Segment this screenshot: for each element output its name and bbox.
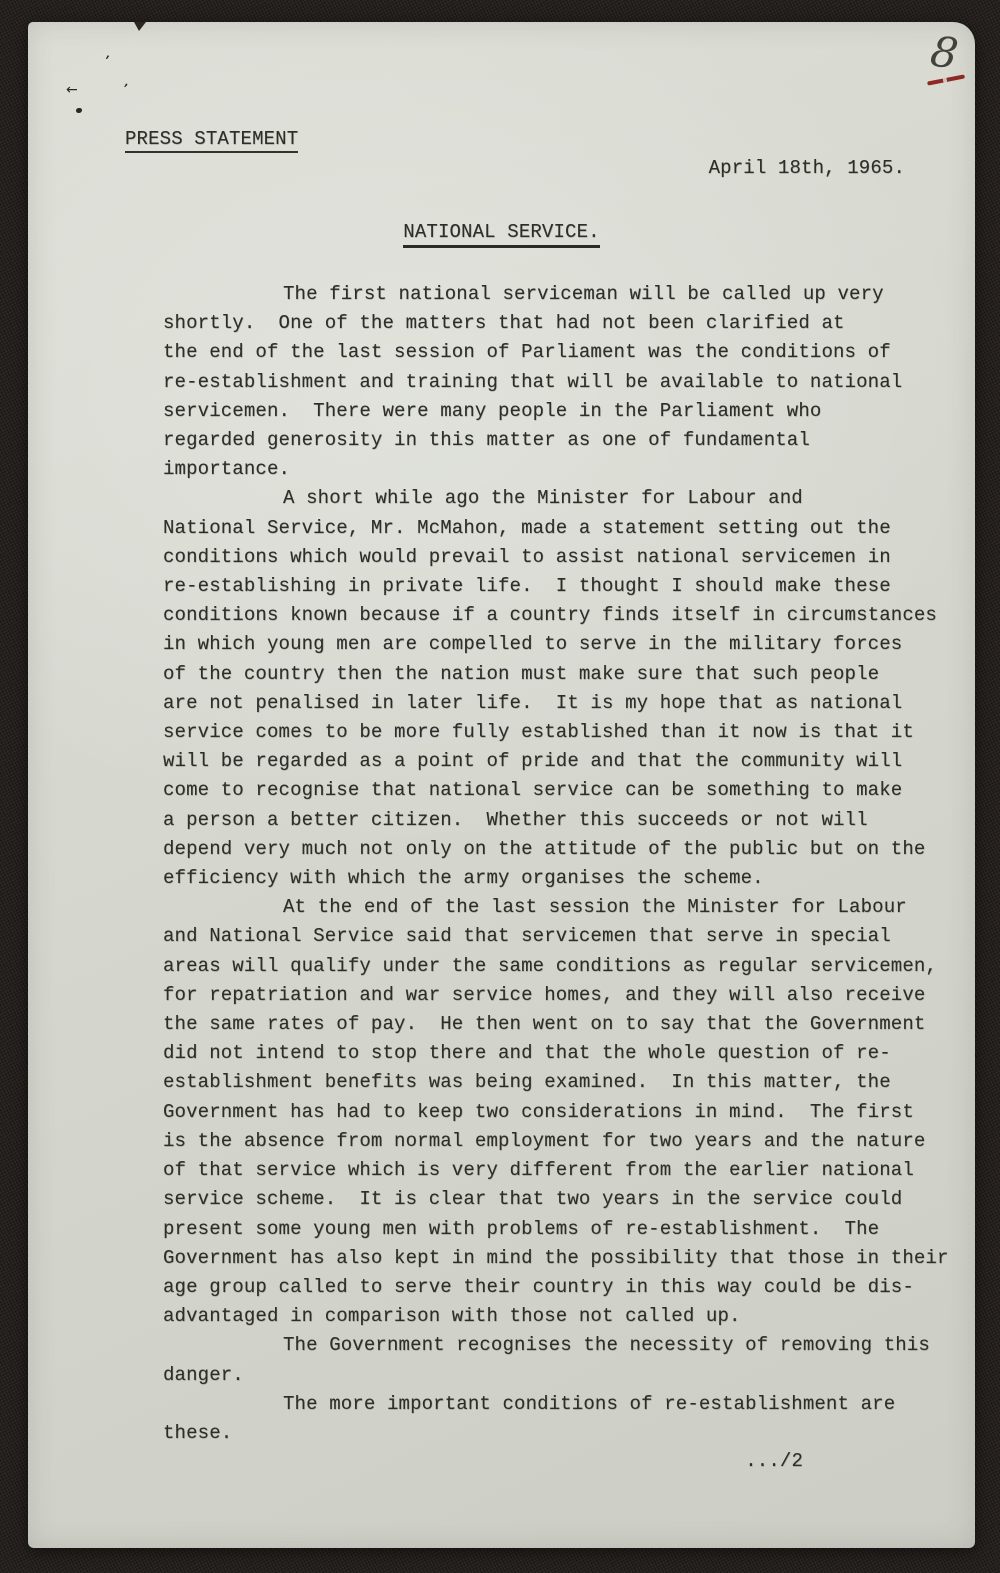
- text-line: servicemen. There were many people in th…: [163, 397, 953, 426]
- ink-dot: [76, 108, 82, 113]
- arrow-mark: ←: [66, 82, 78, 98]
- text-line: shortly. One of the matters that had not…: [163, 309, 953, 338]
- text-line: The more important conditions of re-esta…: [163, 1390, 953, 1419]
- text-line: Government has also kept in mind the pos…: [163, 1244, 953, 1273]
- text-line: of the country then the nation must make…: [163, 660, 953, 689]
- date-line: April 18th, 1965.: [28, 157, 905, 179]
- text-line: establishment benefits was being examine…: [163, 1068, 953, 1097]
- ink-speck: ’: [102, 52, 111, 72]
- text-line: service comes to be more fully establish…: [163, 718, 953, 747]
- text-line: are not penalised in later life. It is m…: [163, 689, 953, 718]
- document-title: NATIONAL SERVICE.: [28, 221, 975, 248]
- text-line: re-establishing in private life. I thoug…: [163, 572, 953, 601]
- text-line: areas will qualify under the same condit…: [163, 952, 953, 981]
- text-line: efficiency with which the army organises…: [163, 864, 953, 893]
- text-line: of that service which is very different …: [163, 1156, 953, 1185]
- text-line: for repatriation and war service homes, …: [163, 981, 953, 1010]
- text-line: the same rates of pay. He then went on t…: [163, 1010, 953, 1039]
- scan-background: { "page_number_annotation": "8", "header…: [0, 0, 1000, 1573]
- continuation-mark: .../2: [163, 1450, 940, 1472]
- text-line: present some young men with problems of …: [163, 1215, 953, 1244]
- text-line: did not intend to stop there and that th…: [163, 1039, 953, 1068]
- text-line: age group called to serve their country …: [163, 1273, 953, 1302]
- text-line: the end of the last session of Parliamen…: [163, 338, 953, 367]
- text-line: service scheme. It is clear that two yea…: [163, 1185, 953, 1214]
- text-line: advantaged in comparison with those not …: [163, 1302, 953, 1331]
- text-line: and National Service said that serviceme…: [163, 922, 953, 951]
- document-body: The first national serviceman will be ca…: [163, 280, 953, 1448]
- text-line: National Service, Mr. McMahon, made a st…: [163, 514, 953, 543]
- text-line: The first national serviceman will be ca…: [163, 280, 953, 309]
- text-line: importance.: [163, 455, 953, 484]
- text-line: re-establishment and training that will …: [163, 368, 953, 397]
- press-statement-heading: PRESS STATEMENT: [125, 128, 298, 153]
- text-line: is the absence from normal employment fo…: [163, 1127, 953, 1156]
- text-line: depend very much not only on the attitud…: [163, 835, 953, 864]
- document-page: ’ ’ ← 8 PRESS STATEMENT April 18th, 1965…: [28, 22, 975, 1548]
- text-line: these.: [163, 1419, 953, 1448]
- text-line: danger.: [163, 1361, 953, 1390]
- text-line: conditions known because if a country fi…: [163, 601, 953, 630]
- text-line: Government has had to keep two considera…: [163, 1098, 953, 1127]
- text-line: a person a better citizen. Whether this …: [163, 806, 953, 835]
- document-title-text: NATIONAL SERVICE.: [403, 221, 599, 248]
- text-line: At the end of the last session the Minis…: [163, 893, 953, 922]
- text-line: conditions which would prevail to assist…: [163, 543, 953, 572]
- text-line: A short while ago the Minister for Labou…: [163, 484, 953, 513]
- text-line: The Government recognises the necessity …: [163, 1331, 953, 1360]
- text-line: regarded generosity in this matter as on…: [163, 426, 953, 455]
- paper-edge-mark: [134, 22, 146, 31]
- text-line: will be regarded as a point of pride and…: [163, 747, 953, 776]
- text-line: in which young men are compelled to serv…: [163, 630, 953, 659]
- ink-speck: ’: [119, 80, 130, 100]
- handwritten-page-number: 8: [927, 26, 961, 79]
- press-statement-label: PRESS STATEMENT: [125, 128, 298, 153]
- text-line: come to recognise that national service …: [163, 776, 953, 805]
